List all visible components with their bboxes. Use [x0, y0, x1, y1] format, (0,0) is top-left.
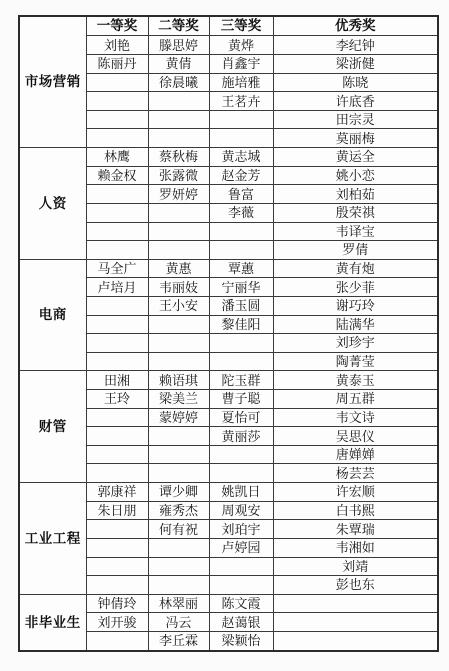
name-cell: 梁美兰 — [148, 390, 209, 409]
name-cell: 陶菁莹 — [273, 352, 438, 371]
empty-cell — [209, 464, 273, 483]
name-cell: 田宗灵 — [273, 110, 438, 129]
empty-cell — [273, 631, 438, 651]
awards-table: 市场营销一等奖二等奖三等奖优秀奖刘艳滕思婷黄烨李纪钟陈丽丹黄倩肖鑫宇梁浙健徐晨曦… — [18, 15, 439, 652]
name-cell: 曹子聪 — [209, 390, 273, 409]
empty-cell — [148, 203, 209, 222]
empty-cell — [148, 92, 209, 111]
name-cell: 郭康祥 — [86, 483, 148, 502]
name-cell: 王小安 — [148, 296, 209, 315]
name-cell: 蒙婷婷 — [148, 408, 209, 427]
table-row: 财管田湘赖语琪陀玉群黄泰玉 — [19, 371, 438, 390]
name-cell: 陈晓 — [273, 73, 438, 92]
name-cell: 唐婵婵 — [273, 445, 438, 464]
name-cell: 冯云 — [148, 613, 209, 632]
empty-cell — [209, 352, 273, 371]
header-row: 市场营销一等奖二等奖三等奖优秀奖 — [19, 16, 438, 36]
name-cell: 罗倩 — [273, 241, 438, 260]
name-cell: 周观安 — [209, 501, 273, 520]
name-cell: 雍秀杰 — [148, 501, 209, 520]
prize-header-2: 三等奖 — [209, 16, 273, 36]
empty-cell — [273, 613, 438, 632]
prize-header-3: 优秀奖 — [273, 16, 438, 36]
name-cell: 姚小恋 — [273, 166, 438, 185]
empty-cell — [86, 296, 148, 315]
empty-cell — [86, 129, 148, 148]
name-cell: 赖语琪 — [148, 371, 209, 390]
empty-cell — [86, 631, 148, 651]
empty-cell — [148, 352, 209, 371]
category-cell: 人资 — [19, 148, 86, 260]
category-cell: 电商 — [19, 259, 86, 371]
name-cell: 林翠丽 — [148, 594, 209, 613]
name-cell: 林鹰 — [86, 148, 148, 167]
empty-cell — [209, 241, 273, 260]
name-cell: 韦丽妓 — [148, 278, 209, 297]
category-cell: 工业工程 — [19, 483, 86, 595]
name-cell: 鲁富 — [209, 185, 273, 204]
name-cell: 莫丽梅 — [273, 129, 438, 148]
empty-cell — [209, 129, 273, 148]
empty-cell — [148, 241, 209, 260]
name-cell: 刘靖 — [273, 557, 438, 576]
category-cell: 市场营销 — [19, 16, 86, 148]
category-cell: 非毕业生 — [19, 594, 86, 651]
name-cell: 周五群 — [273, 390, 438, 409]
empty-cell — [86, 92, 148, 111]
name-cell: 夏怡可 — [209, 408, 273, 427]
category-cell: 财管 — [19, 371, 86, 483]
empty-cell — [86, 352, 148, 371]
name-cell: 黄烨 — [209, 36, 273, 55]
name-cell: 赖金权 — [86, 166, 148, 185]
table-row: 人资林鹰蔡秋梅黄志城黄运全 — [19, 148, 438, 167]
name-cell: 吴思仪 — [273, 427, 438, 446]
empty-cell — [148, 129, 209, 148]
awards-table-body: 市场营销一等奖二等奖三等奖优秀奖刘艳滕思婷黄烨李纪钟陈丽丹黄倩肖鑫宇梁浙健徐晨曦… — [19, 16, 438, 651]
name-cell: 陀玉群 — [209, 371, 273, 390]
name-cell: 黄有炮 — [273, 259, 438, 278]
empty-cell — [209, 110, 273, 129]
empty-cell — [86, 445, 148, 464]
empty-cell — [86, 185, 148, 204]
name-cell: 滕思婷 — [148, 36, 209, 55]
name-cell: 刘珀宇 — [209, 520, 273, 539]
name-cell: 刘柏茹 — [273, 185, 438, 204]
name-cell: 卢培月 — [86, 278, 148, 297]
empty-cell — [86, 520, 148, 539]
name-cell: 许宏顺 — [273, 483, 438, 502]
empty-cell — [148, 334, 209, 353]
name-cell: 钟倩玲 — [86, 594, 148, 613]
empty-cell — [148, 576, 209, 595]
empty-cell — [86, 557, 148, 576]
name-cell: 罗妍婷 — [148, 185, 209, 204]
name-cell: 黄志城 — [209, 148, 273, 167]
empty-cell — [86, 538, 148, 557]
name-cell: 田湘 — [86, 371, 148, 390]
name-cell: 宁丽华 — [209, 278, 273, 297]
empty-cell — [86, 315, 148, 334]
name-cell: 李纪钟 — [273, 36, 438, 55]
name-cell: 何有祝 — [148, 520, 209, 539]
prize-header-1: 二等奖 — [148, 16, 209, 36]
empty-cell — [209, 576, 273, 595]
empty-cell — [209, 222, 273, 241]
name-cell: 刘珍宇 — [273, 334, 438, 353]
name-cell: 王茗卉 — [209, 92, 273, 111]
name-cell: 杨芸芸 — [273, 464, 438, 483]
name-cell: 黎佳阳 — [209, 315, 273, 334]
empty-cell — [148, 315, 209, 334]
name-cell: 赵蔼银 — [209, 613, 273, 632]
empty-cell — [209, 445, 273, 464]
name-cell: 李薇 — [209, 203, 273, 222]
name-cell: 黄泰玉 — [273, 371, 438, 390]
name-cell: 陈丽丹 — [86, 55, 148, 74]
name-cell: 陆满华 — [273, 315, 438, 334]
name-cell: 黄惠 — [148, 259, 209, 278]
empty-cell — [86, 464, 148, 483]
empty-cell — [86, 334, 148, 353]
name-cell: 肖鑫宇 — [209, 55, 273, 74]
name-cell: 张露微 — [148, 166, 209, 185]
name-cell: 覃蕙 — [209, 259, 273, 278]
name-cell: 韦译宝 — [273, 222, 438, 241]
name-cell: 黄丽莎 — [209, 427, 273, 446]
name-cell: 黄运全 — [273, 148, 438, 167]
empty-cell — [86, 427, 148, 446]
empty-cell — [209, 334, 273, 353]
name-cell: 蔡秋梅 — [148, 148, 209, 167]
name-cell: 韦文诗 — [273, 408, 438, 427]
name-cell: 赵金芳 — [209, 166, 273, 185]
name-cell: 朱覃瑞 — [273, 520, 438, 539]
name-cell: 潘玉圆 — [209, 296, 273, 315]
empty-cell — [148, 427, 209, 446]
name-cell: 梁颖怡 — [209, 631, 273, 651]
empty-cell — [86, 222, 148, 241]
name-cell: 刘开骏 — [86, 613, 148, 632]
name-cell: 施培雅 — [209, 73, 273, 92]
empty-cell — [86, 576, 148, 595]
name-cell: 刘艳 — [86, 36, 148, 55]
table-row: 电商马全广黄惠覃蕙黄有炮 — [19, 259, 438, 278]
name-cell: 谭少卿 — [148, 483, 209, 502]
name-cell: 韦湘如 — [273, 538, 438, 557]
empty-cell — [86, 408, 148, 427]
empty-cell — [148, 557, 209, 576]
name-cell: 殷荣祺 — [273, 203, 438, 222]
empty-cell — [86, 110, 148, 129]
empty-cell — [148, 445, 209, 464]
empty-cell — [273, 594, 438, 613]
table-row: 非毕业生钟倩玲林翠丽陈文霞 — [19, 594, 438, 613]
empty-cell — [148, 222, 209, 241]
table-row: 工业工程郭康祥谭少卿姚凯日许宏顺 — [19, 483, 438, 502]
name-cell: 朱日朋 — [86, 501, 148, 520]
empty-cell — [86, 203, 148, 222]
name-cell: 张少菲 — [273, 278, 438, 297]
name-cell: 谢巧玲 — [273, 296, 438, 315]
name-cell: 黄倩 — [148, 55, 209, 74]
name-cell: 彭也东 — [273, 576, 438, 595]
empty-cell — [86, 73, 148, 92]
name-cell: 姚凯日 — [209, 483, 273, 502]
empty-cell — [148, 110, 209, 129]
empty-cell — [209, 557, 273, 576]
name-cell: 卢婷园 — [209, 538, 273, 557]
name-cell: 李丘霖 — [148, 631, 209, 651]
name-cell: 白书熙 — [273, 501, 438, 520]
name-cell: 陈文霞 — [209, 594, 273, 613]
empty-cell — [148, 538, 209, 557]
empty-cell — [148, 464, 209, 483]
empty-cell — [86, 241, 148, 260]
name-cell: 王玲 — [86, 390, 148, 409]
prize-header-0: 一等奖 — [86, 16, 148, 36]
name-cell: 梁浙健 — [273, 55, 438, 74]
name-cell: 许底香 — [273, 92, 438, 111]
name-cell: 马全广 — [86, 259, 148, 278]
name-cell: 徐晨曦 — [148, 73, 209, 92]
